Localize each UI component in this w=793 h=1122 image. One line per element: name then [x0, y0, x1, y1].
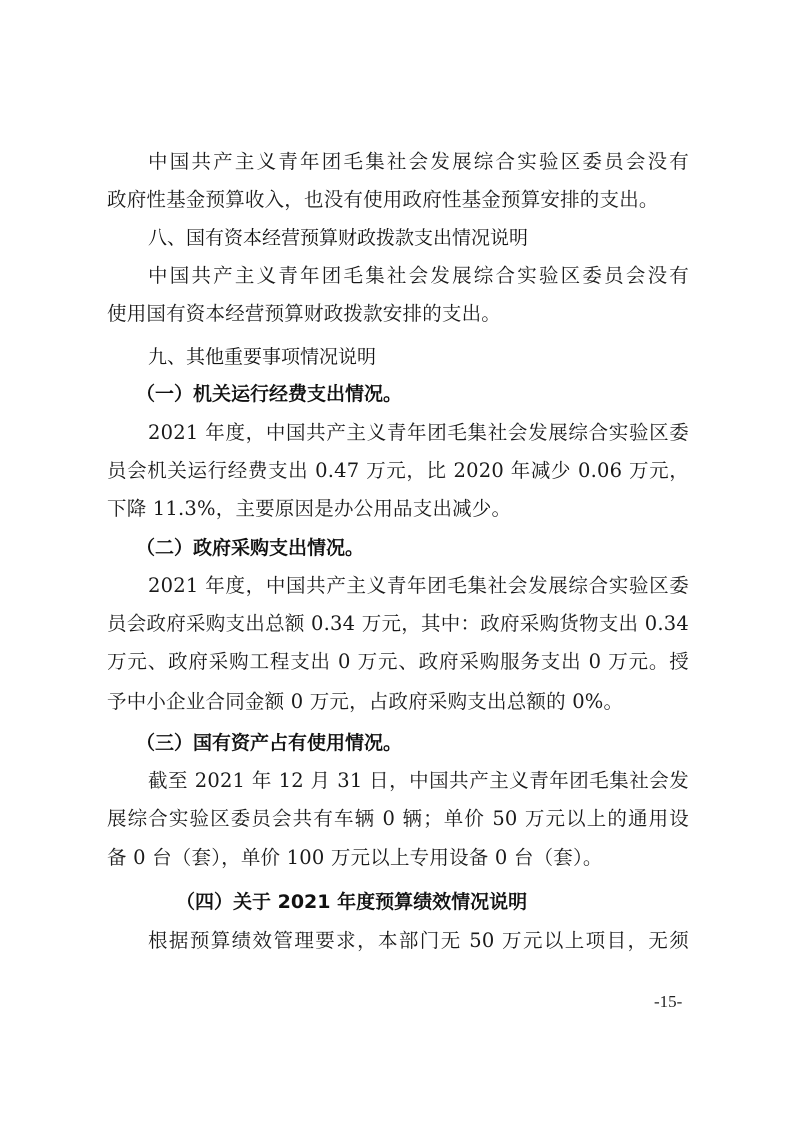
paragraph-line: 2021 年度，中国共产主义青年团毛集社会发展综合实验区委 — [148, 421, 689, 445]
paragraph-line: 2021 年度，中国共产主义青年团毛集社会发展综合实验区委 — [148, 574, 689, 598]
subsection-heading-2: （二）政府采购支出情况。 — [136, 536, 364, 560]
paragraph-line: 员会政府采购支出总额 0.34 万元，其中：政府采购货物支出 0.34 — [107, 612, 689, 636]
paragraph-line: 截至 2021 年 12 月 31 日，中国共产主义青年团毛集社会发 — [148, 769, 689, 793]
paragraph-line: 下降 11.3%，主要原因是办公用品支出减少。 — [107, 497, 689, 521]
paragraph-line: 展综合实验区委员会共有车辆 0 辆；单价 50 万元以上的通用设 — [107, 807, 689, 831]
section-heading-8: 八、国有资本经营预算财政拨款支出情况说明 — [148, 226, 528, 250]
paragraph-line: 政府性基金预算收入，也没有使用政府性基金预算安排的支出。 — [107, 188, 689, 212]
subsection-heading-3: （三）国有资产占有使用情况。 — [136, 731, 402, 755]
paragraph-line: 中国共产主义青年团毛集社会发展综合实验区委员会没有 — [148, 150, 689, 174]
paragraph-line: 根据预算绩效管理要求，本部门无 50 万元以上项目，无须 — [148, 929, 689, 953]
subsection-heading-4: （四）关于 2021 年度预算绩效情况说明 — [176, 890, 527, 914]
paragraph-line: 万元、政府采购工程支出 0 万元、政府采购服务支出 0 万元。授 — [107, 650, 689, 674]
subsection-heading-1: （一）机关运行经费支出情况。 — [136, 382, 402, 406]
page-number: -15- — [654, 992, 682, 1012]
paragraph-line: 予中小企业合同金额 0 万元，占政府采购支出总额的 0%。 — [107, 690, 689, 714]
paragraph-line: 中国共产主义青年团毛集社会发展综合实验区委员会没有 — [148, 264, 689, 288]
section-heading-9: 九、其他重要事项情况说明 — [148, 345, 376, 369]
paragraph-line: 使用国有资本经营预算财政拨款安排的支出。 — [107, 302, 689, 326]
paragraph-line: 员会机关运行经费支出 0.47 万元，比 2020 年减少 0.06 万元， — [107, 459, 689, 483]
paragraph-line: 备 0 台（套），单价 100 万元以上专用设备 0 台（套）。 — [107, 846, 689, 870]
